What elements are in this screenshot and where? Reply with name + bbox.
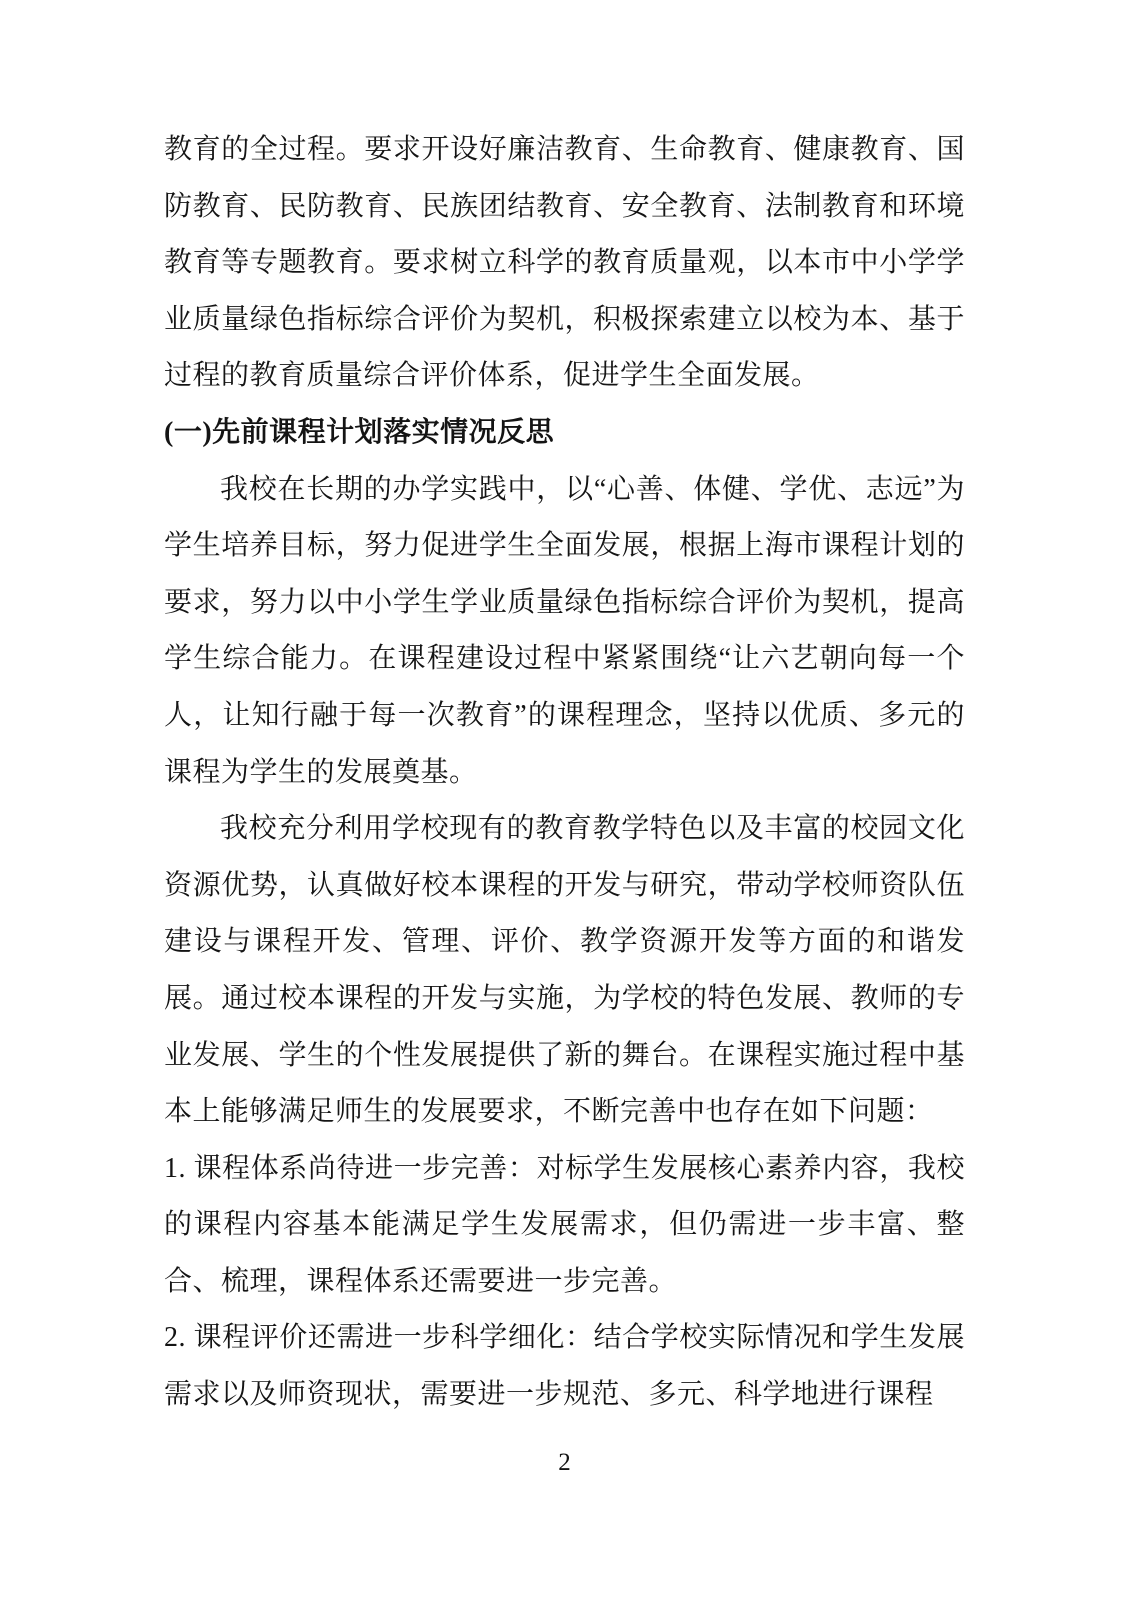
section-heading: (一)先前课程计划落实情况反思 xyxy=(164,405,965,462)
list-item-curriculum-system: 1. 课程体系尚待进一步完善：对标学生发展核心素养内容，我校的课程内容基本能满足… xyxy=(164,1141,965,1311)
document-page: 教育的全过程。要求开设好廉洁教育、生命教育、健康教育、国防教育、民防教育、民族团… xyxy=(0,0,1131,1600)
document-body: 教育的全过程。要求开设好廉洁教育、生命教育、健康教育、国防教育、民防教育、民族团… xyxy=(164,122,965,1424)
paragraph-continuation: 教育的全过程。要求开设好廉洁教育、生命教育、健康教育、国防教育、民防教育、民族团… xyxy=(164,122,965,405)
list-item-curriculum-evaluation: 2. 课程评价还需进一步科学细化：结合学校实际情况和学生发展需求以及师资现状，需… xyxy=(164,1310,965,1423)
paragraph-school-practice: 我校在长期的办学实践中，以“心善、体健、学优、志远”为学生培养目标，努力促进学生… xyxy=(164,462,965,802)
paragraph-school-resources: 我校充分利用学校现有的教育教学特色以及丰富的校园文化资源优势，认真做好校本课程的… xyxy=(164,801,965,1141)
page-number: 2 xyxy=(164,1448,965,1478)
